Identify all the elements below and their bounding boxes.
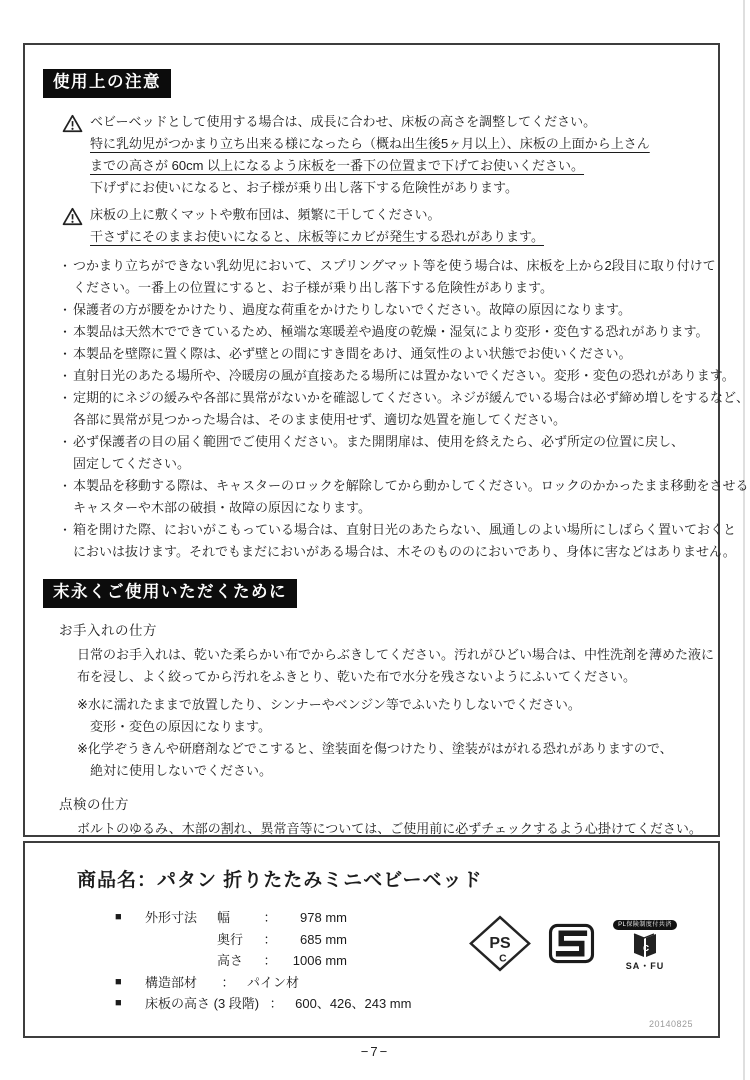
inspection-title: 点検の仕方 <box>59 794 706 816</box>
precaution-item: ・ 箱を開けた際、においがこもっている場合は、直射日光のあたらない、風通しのよい… <box>59 519 706 563</box>
precaution-item: ・ 保護者の方が腰をかけたり、過度な荷重をかけたりしないでください。故障の原因に… <box>59 299 706 321</box>
text-line: 必ず保護者の目の届く範囲でご使用ください。また開閉扉は、使用を終えたら、必ず所定… <box>73 431 684 453</box>
text-line: においは抜けます。それでもまだにおいがある場合は、木そのもののにおいであり、身体… <box>73 541 736 563</box>
bullet-dot: ・ <box>59 321 73 343</box>
text-line: 絶対に使用しないでください。 <box>90 760 706 782</box>
text-line: ※水に濡れたままで放置したり、シンナーやベンジン等でふいたりしないでください。 <box>77 694 706 716</box>
precaution-item: ・ 直射日光のあたる場所や、冷暖房の風が直接あたる場所には置かないでください。変… <box>59 365 706 387</box>
spec-label: 構造部材 <box>145 972 211 994</box>
text-line: 箱を開けた際、においがこもっている場合は、直射日光のあたらない、風通しのよい場所… <box>73 519 736 541</box>
safu-book-icon: c <box>632 930 658 958</box>
precaution-item: ・ 定期的にネジの緩みや各部に異常がないかを確認してください。ネジが緩んでいる場… <box>59 387 706 431</box>
text-line: 布を浸し、よく絞ってから汚れをふきとり、乾いた布で水分を残さないようにふいてくだ… <box>77 666 706 688</box>
text-line: ください。一番上の位置にすると、お子様が乗り出し落下する危険性があります。 <box>73 277 716 299</box>
warning-item: 床板の上に敷くマットや敷布団は、頻繁に干してください。干さずにそのままお使いにな… <box>62 204 706 248</box>
precaution-bullet-list: ・ つかまり立ちができない乳幼児において、スプリングマット等を使う場合は、床板を… <box>59 255 706 563</box>
text-line: 本製品を壁際に置く際は、必ず壁との間にすき間をあけ、通気性のよい状態でお使いくだ… <box>73 343 631 365</box>
text-line: ボルトのゆるみ、木部の割れ、異常音等については、ご使用前に必ずチェックするよう心… <box>77 818 706 840</box>
safu-mark: PL保険制度付共済 c SA・FU <box>612 920 678 972</box>
bullet-dot: ・ <box>59 343 73 365</box>
spec-label: 床板の高さ (3 段階) <box>145 993 259 1015</box>
warning-triangle-icon <box>62 204 83 248</box>
precaution-text: 直射日光のあたる場所や、冷暖房の風が直接あたる場所には置かないでください。変形・… <box>73 365 735 387</box>
product-spec-panel: 商品名：パタン 折りたたみミニベビーベッド ■ 外形寸法 幅 ： 978 mm … <box>23 841 720 1038</box>
scan-edge-shadow <box>743 0 745 1080</box>
svg-text:C: C <box>499 953 507 964</box>
usage-section-title: 使用上の注意 <box>43 69 171 98</box>
spec-value: 685 mm <box>281 929 347 951</box>
text-line: 変形・変色の原因になります。 <box>90 716 706 738</box>
svg-text:c: c <box>643 942 649 954</box>
spec-colon: ： <box>265 993 287 1015</box>
care-subsection: お手入れの仕方 日常のお手入れは、乾いた柔らかい布でからぶきしてください。汚れが… <box>59 620 706 782</box>
text-line: 保護者の方が腰をかけたり、過度な荷重をかけたりしないでください。故障の原因になり… <box>73 299 631 321</box>
spec-value: 978 mm <box>281 907 347 929</box>
precaution-text: 本製品を壁際に置く際は、必ず壁との間にすき間をあけ、通気性のよい状態でお使いくだ… <box>73 343 631 365</box>
spec-colon: ： <box>259 950 281 972</box>
spec-sublabel: 幅 <box>217 907 259 929</box>
precaution-text: つかまり立ちができない乳幼児において、スプリングマット等を使う場合は、床板を上か… <box>73 255 716 299</box>
text-line: 直射日光のあたる場所や、冷暖房の風が直接あたる場所には置かないでください。変形・… <box>73 365 735 387</box>
revision-date: 20140825 <box>649 1019 693 1029</box>
text-line: ベビーベッドとして使用する場合は、成長に合わせ、床板の高さを調整してください。 <box>90 111 650 133</box>
psc-mark-icon: PS C <box>469 915 531 977</box>
spec-colon: ： <box>259 929 281 951</box>
text-line: 干さずにそのままお使いになると、床板等にカビが発生する恐れがあります。 <box>90 226 544 248</box>
precautions-panel: 使用上の注意 ベビーベッドとして使用する場合は、成長に合わせ、床板の高さを調整し… <box>23 43 720 837</box>
text-line: 本製品は天然木でできているため、極端な寒暖差や過度の乾燥・湿気により変形・変色す… <box>73 321 708 343</box>
text-line: ※化学ぞうきんや研磨剤などでこすると、塗装面を傷つけたり、塗装がはがれる恐れがあ… <box>77 738 706 760</box>
text-line: 床板の上に敷くマットや敷布団は、頻繁に干してください。 <box>90 204 544 226</box>
bullet-dot: ・ <box>59 431 73 475</box>
spec-colon: ： <box>259 907 281 929</box>
spec-sublabel: 高さ <box>217 950 259 972</box>
spec-label <box>145 929 211 951</box>
precaution-text: 保護者の方が腰をかけたり、過度な荷重をかけたりしないでください。故障の原因になり… <box>73 299 631 321</box>
precaution-text: 本製品は天然木でできているため、極端な寒暖差や過度の乾燥・湿気により変形・変色す… <box>73 321 708 343</box>
precaution-item: ・ 本製品を壁際に置く際は、必ず壁との間にすき間をあけ、通気性のよい状態でお使い… <box>59 343 706 365</box>
warning-triangle-icon <box>62 111 83 199</box>
svg-text:PS: PS <box>489 935 511 952</box>
spec-bullet: ■ <box>115 972 145 994</box>
spec-value: パイン材 <box>239 972 299 994</box>
safu-banner-label: PL保険制度付共済 <box>613 920 677 930</box>
s-mark-icon <box>548 923 595 969</box>
page-number: −7− <box>0 1044 750 1059</box>
spec-bullet <box>115 950 145 972</box>
bullet-dot: ・ <box>59 519 73 563</box>
warning-list: ベビーベッドとして使用する場合は、成長に合わせ、床板の高さを調整してください。特… <box>62 111 706 248</box>
text-line: 下げずにお使いになると、お子様が乗り出し落下する危険性があります。 <box>90 177 650 199</box>
text-line: 日常のお手入れは、乾いた柔らかい布でからぶきしてください。汚れがひどい場合は、中… <box>77 644 706 666</box>
precaution-text: 箱を開けた際、においがこもっている場合は、直射日光のあたらない、風通しのよい場所… <box>73 519 736 563</box>
spec-row: ■ 床板の高さ (3 段階) ： 600、426、243 mm <box>115 993 718 1015</box>
spec-bullet: ■ <box>115 993 145 1015</box>
warning-item: ベビーベッドとして使用する場合は、成長に合わせ、床板の高さを調整してください。特… <box>62 111 706 199</box>
precaution-item: ・ 本製品は天然木でできているため、極端な寒暖差や過度の乾燥・湿気により変形・変… <box>59 321 706 343</box>
certification-marks: PS C PL保険制度付共済 c SA・FU <box>469 915 678 977</box>
bullet-dot: ・ <box>59 387 73 431</box>
text-line: 定期的にネジの緩みや各部に異常がないかを確認してください。ネジが緩んでいる場合は… <box>73 387 749 409</box>
safu-text-label: SA・FU <box>626 959 665 972</box>
warning-text: ベビーベッドとして使用する場合は、成長に合わせ、床板の高さを調整してください。特… <box>90 111 650 199</box>
text-line: 各部に異常が見つかった場合は、そのまま使用せず、適切な処置を施してください。 <box>73 409 749 431</box>
precaution-item: ・ 本製品を移動する際は、キャスターのロックを解除してから動かしてください。ロッ… <box>59 475 706 519</box>
spec-sublabel: 奥行 <box>217 929 259 951</box>
text-line: までの高さが 60cm 以上になるよう床板を一番下の位置まで下げてお使いください… <box>90 155 650 177</box>
text-line: 本製品を移動する際は、キャスターのロックを解除してから動かしてください。ロックの… <box>73 475 750 497</box>
care-title: お手入れの仕方 <box>59 620 706 642</box>
product-name: 商品名：パタン 折りたたみミニベビーベッド <box>77 865 718 892</box>
bullet-dot: ・ <box>59 365 73 387</box>
longevity-section-title: 末永くご使用いただくために <box>43 579 297 608</box>
text-line: 特に乳幼児がつかまり立ち出来る様になったら（概ね出生後5ヶ月以上）、床板の上面か… <box>90 133 650 155</box>
spec-bullet: ■ <box>115 907 145 929</box>
bullet-dot: ・ <box>59 475 73 519</box>
warning-text: 床板の上に敷くマットや敷布団は、頻繁に干してください。干さずにそのままお使いにな… <box>90 204 544 248</box>
care-body: 日常のお手入れは、乾いた柔らかい布でからぶきしてください。汚れがひどい場合は、中… <box>77 644 706 782</box>
precaution-text: 本製品を移動する際は、キャスターのロックを解除してから動かしてください。ロックの… <box>73 475 750 519</box>
spec-bullet <box>115 929 145 951</box>
text-line: キャスターや木部の破損・故障の原因になります。 <box>73 497 750 519</box>
precaution-text: 定期的にネジの緩みや各部に異常がないかを確認してください。ネジが緩んでいる場合は… <box>73 387 749 431</box>
spec-label: 外形寸法 <box>145 907 211 929</box>
spec-value: 1006 mm <box>281 950 347 972</box>
precaution-text: 必ず保護者の目の届く範囲でご使用ください。また開閉扉は、使用を終えたら、必ず所定… <box>73 431 684 475</box>
spec-colon: ： <box>217 972 239 994</box>
spec-label <box>145 950 211 972</box>
spec-value: 600、426、243 mm <box>287 993 411 1015</box>
precaution-item: ・ つかまり立ちができない乳幼児において、スプリングマット等を使う場合は、床板を… <box>59 255 706 299</box>
bullet-dot: ・ <box>59 255 73 299</box>
bullet-dot: ・ <box>59 299 73 321</box>
text-line: 固定してください。 <box>73 453 684 475</box>
precaution-item: ・ 必ず保護者の目の届く範囲でご使用ください。また開閉扉は、使用を終えたら、必ず… <box>59 431 706 475</box>
text-line: つかまり立ちができない乳幼児において、スプリングマット等を使う場合は、床板を上か… <box>73 255 716 277</box>
